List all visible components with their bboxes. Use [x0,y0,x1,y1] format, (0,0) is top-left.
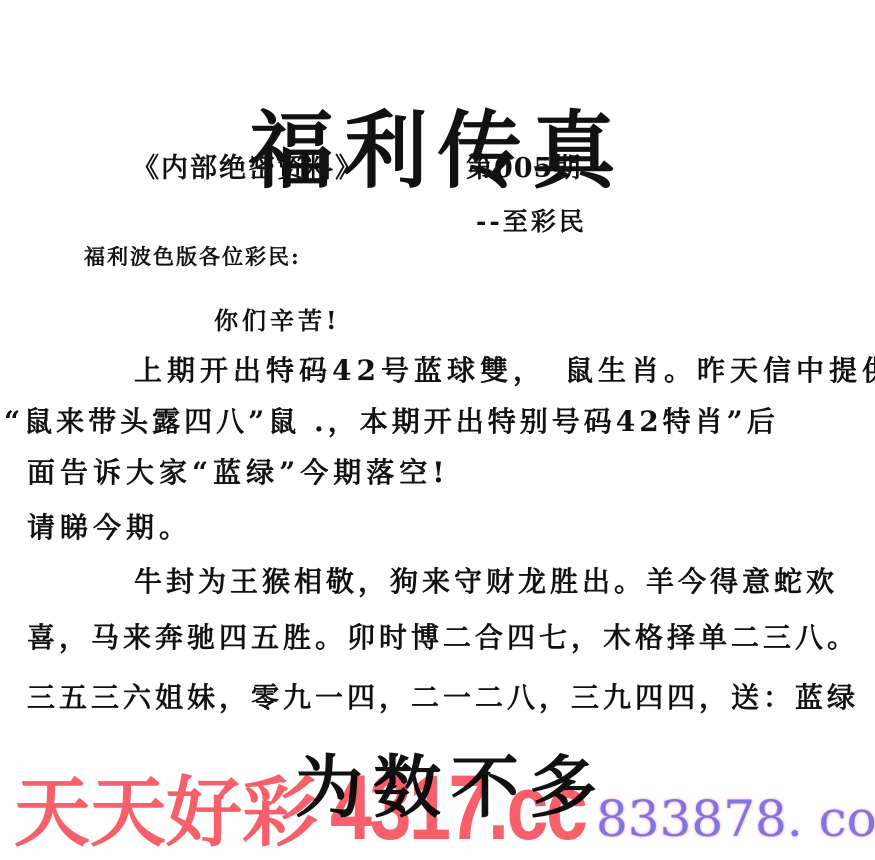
body-line-4: 请睇今期。 [27,506,192,546]
body-line-5: 牛封为王猴相敬，狗来守财龙胜出。羊今得意蛇欢 [134,560,838,600]
to-readers-label: --至彩民 [476,202,587,238]
body-line-3: 面告诉大家“蓝绿”今期落空! [27,451,450,491]
body-line-6: 喜，马来奔驰四五胜。卯时博二合四七，木格择单二三八。 [27,616,859,656]
watermark-side-domain: 833878. com [596,790,875,848]
lottery-fax-sheet: 福利传真 《内部绝密资料》 第005期 --至彩民 福利波色版各位彩民: 你们辛… [0,0,875,860]
letter-salutation: 福利波色版各位彩民: [84,241,301,271]
body-line-2: “鼠来带头露四八”鼠 .，本期开出特别号码42特肖”后 [4,400,779,440]
letter-greeting: 你们辛苦! [214,301,341,336]
page-title: 福利传真 [249,84,625,205]
body-line-7: 三五三六姐妹，零九一四，二一二八，三九四四，送：蓝绿 [27,676,859,716]
watermark-brand-domain: 4317.cc [330,756,585,860]
watermark-brand-text: 天天好彩 [14,752,318,860]
watermark-red: 天天好彩 4317.cc [14,752,642,860]
body-line-1: 上期开出特码42号蓝球雙， 鼠生肖。昨天信中提供 [134,349,875,389]
